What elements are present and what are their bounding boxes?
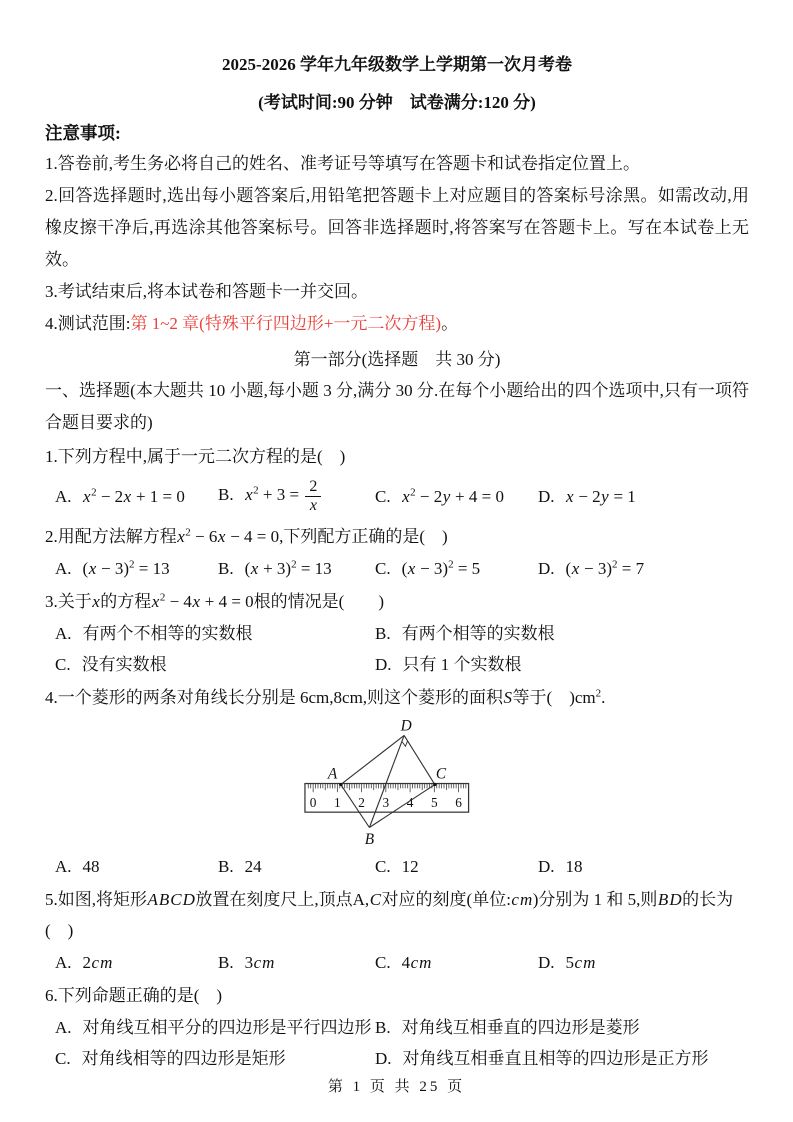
q3-options: A.有两个不相等的实数根 B.有两个相等的实数根 C.没有实数根 D.只有 1 … (45, 618, 749, 680)
option-value: 3cm (245, 953, 275, 972)
notice-item-2: 2.回答选择题时,选出每小题答案后,用铅笔把答题卡上对应题目的答案标号涂黑。如需… (45, 180, 749, 276)
q4-option-c: C.12 (375, 851, 538, 882)
q4-option-a: A.48 (55, 851, 218, 882)
q3-option-d: D.只有 1 个实数根 (375, 649, 749, 680)
ruler-numbers: 0 1 2 3 4 5 6 (310, 795, 462, 810)
option-label: A. (55, 487, 72, 506)
option-label: B. (375, 1018, 391, 1037)
point-label-a: A (327, 765, 338, 782)
section1-intro: 一、选择题(本大题共 10 小题,每小题 3 分,满分 30 分.在每个小题给出… (45, 375, 749, 439)
q1-option-c: C.x2 − 2y + 4 = 0 (375, 481, 538, 512)
right-angle-mark (402, 741, 408, 747)
notices-section: 注意事项: 1.答卷前,考生务必将自己的姓名、准考证号等填写在答题卡和试卷指定位… (45, 118, 749, 340)
q4-figure: 0 1 2 3 4 5 6 (45, 715, 749, 850)
test-scope-highlight: 第 1~2 章(特殊平行四边形+一元二次方程) (130, 314, 441, 333)
option-value: 48 (83, 857, 100, 876)
ruler-number: 0 (310, 795, 317, 810)
q5-options: A.2cm B.3cm C.4cm D.5cm (45, 947, 749, 978)
q6-options: A.对角线互相平分的四边形是平行四边形 B.对角线互相垂直的四边形是菱形 C.对… (45, 1012, 749, 1074)
q5-option-b: B.3cm (218, 947, 375, 978)
q3-option-c: C.没有实数根 (55, 649, 375, 680)
side-BC (369, 785, 434, 828)
rhombus-ruler-figure: 0 1 2 3 4 5 6 (279, 715, 515, 850)
q6-option-c: C.对角线相等的四边形是矩形 (55, 1043, 375, 1074)
question-4: 4.一个菱形的两条对角线长分别是 6cm,8cm,则这个菱形的面积S等于( )c… (45, 682, 749, 882)
notice-item-4: 4.测试范围:第 1~2 章(特殊平行四边形+一元二次方程)。 (45, 308, 749, 340)
option-label: A. (55, 1018, 72, 1037)
q1-option-d: D.x − 2y = 1 (538, 481, 749, 512)
q5-option-a: A.2cm (55, 947, 218, 978)
question-1: 1.下列方程中,属于一元二次方程的是( ) A.x2 − 2x + 1 = 0 … (45, 441, 749, 519)
q1-options: A.x2 − 2x + 1 = 0 B.x2 + 3 = 2x C.x2 − 2… (45, 473, 749, 519)
q2-option-c: C.(x − 3)2 = 5 (375, 553, 538, 584)
option-label: B. (218, 857, 234, 876)
question-5: 5.如图,将矩形ABCD放置在刻度尺上,顶点A,C对应的刻度(单位:cm)分别为… (45, 884, 749, 978)
q2-stem: 2.用配方法解方程x2 − 6x − 4 = 0,下列配方正确的是( ) (45, 521, 749, 552)
q1-option-a: A.x2 − 2x + 1 = 0 (55, 481, 218, 512)
q6-option-b: B.对角线互相垂直的四边形是菱形 (375, 1012, 749, 1043)
option-label: B. (375, 624, 391, 643)
option-label: B. (218, 953, 234, 972)
question-2: 2.用配方法解方程x2 − 6x − 4 = 0,下列配方正确的是( ) A.(… (45, 521, 749, 584)
option-label: C. (55, 1049, 71, 1068)
point-label-c: C (436, 765, 447, 782)
option-value: 24 (245, 857, 262, 876)
test-scope-period: 。 (441, 314, 458, 333)
option-value: 对角线互相垂直的四边形是菱形 (402, 1018, 640, 1037)
option-value: x2 − 2y + 4 = 0 (402, 487, 504, 506)
side-DC (404, 735, 435, 784)
q1-option-b: B.x2 + 3 = 2x (218, 478, 375, 514)
option-value: 对角线相等的四边形是矩形 (82, 1049, 286, 1068)
side-AB (341, 785, 370, 828)
option-label: C. (375, 953, 391, 972)
q5-stem: 5.如图,将矩形ABCD放置在刻度尺上,顶点A,C对应的刻度(单位:cm)分别为… (45, 884, 749, 946)
option-value: 2cm (83, 953, 113, 972)
option-label: A. (55, 624, 72, 643)
option-label: A. (55, 559, 72, 578)
vertex-dot-C (433, 783, 436, 786)
option-value: (x − 3)2 = 13 (83, 559, 170, 578)
option-label: B. (218, 485, 234, 504)
section1-heading: 第一部分(选择题 共 30 分) (45, 345, 749, 375)
option-label: B. (218, 559, 234, 578)
vertex-dot-A (339, 783, 342, 786)
q2-option-a: A.(x − 3)2 = 13 (55, 553, 218, 584)
q4-option-b: B.24 (218, 851, 375, 882)
option-value: x − 2y = 1 (566, 487, 636, 506)
q3-stem: 3.关于x的方程x2 − 4x + 4 = 0根的情况是( ) (45, 586, 749, 617)
option-label: D. (538, 857, 555, 876)
option-value: 18 (566, 857, 583, 876)
q5-option-d: D.5cm (538, 947, 749, 978)
q4-options: A.48 B.24 C.12 D.18 (45, 851, 749, 882)
option-label: D. (538, 953, 555, 972)
q2-option-d: D.(x − 3)2 = 7 (538, 553, 749, 584)
q2-options: A.(x − 3)2 = 13 B.(x + 3)2 = 13 C.(x − 3… (45, 553, 749, 584)
ruler-number: 6 (455, 795, 462, 810)
option-value: (x − 3)2 = 5 (402, 559, 481, 578)
option-value: 没有实数根 (82, 655, 167, 674)
notices-heading: 注意事项: (45, 118, 749, 148)
option-value: 对角线互相垂直且相等的四边形是正方形 (403, 1049, 709, 1068)
question-6: 6.下列命题正确的是( ) A.对角线互相平分的四边形是平行四边形 B.对角线互… (45, 980, 749, 1074)
point-label-b: B (365, 831, 375, 848)
option-label: D. (538, 559, 555, 578)
notice-item-3: 3.考试结束后,将本试卷和答题卡一并交回。 (45, 276, 749, 308)
q3-option-b: B.有两个相等的实数根 (375, 618, 749, 649)
option-label: C. (375, 559, 391, 578)
page-number: 第 1 页 共 25 页 (0, 1075, 793, 1096)
ruler-number: 1 (334, 795, 341, 810)
q4-option-d: D.18 (538, 851, 749, 882)
q4-stem: 4.一个菱形的两条对角线长分别是 6cm,8cm,则这个菱形的面积S等于( )c… (45, 682, 749, 713)
option-label: C. (375, 857, 391, 876)
ruler-number: 3 (383, 795, 390, 810)
option-value: 有两个相等的实数根 (402, 624, 555, 643)
q6-stem: 6.下列命题正确的是( ) (45, 980, 749, 1011)
option-value: 只有 1 个实数根 (403, 655, 522, 674)
point-label-d: D (400, 717, 412, 734)
option-label: A. (55, 857, 72, 876)
notice-item-1: 1.答卷前,考生务必将自己的姓名、准考证号等填写在答题卡和试卷指定位置上。 (45, 148, 749, 180)
option-label: D. (375, 655, 392, 674)
page-title: 2025-2026 学年九年级数学上学期第一次月考卷 (45, 52, 749, 78)
option-value: (x − 3)2 = 7 (566, 559, 645, 578)
option-label: C. (55, 655, 71, 674)
option-label: A. (55, 953, 72, 972)
q3-option-a: A.有两个不相等的实数根 (55, 618, 375, 649)
option-value: x2 − 2x + 1 = 0 (83, 487, 185, 506)
option-value: 对角线互相平分的四边形是平行四边形 (83, 1018, 372, 1037)
q1-stem: 1.下列方程中,属于一元二次方程的是( ) (45, 441, 749, 472)
option-value: 4cm (402, 953, 432, 972)
option-label: D. (538, 487, 555, 506)
q2-option-b: B.(x + 3)2 = 13 (218, 553, 375, 584)
question-3: 3.关于x的方程x2 − 4x + 4 = 0根的情况是( ) A.有两个不相等… (45, 586, 749, 680)
q6-option-a: A.对角线互相平分的四边形是平行四边形 (55, 1012, 375, 1043)
option-value: 5cm (566, 953, 596, 972)
page-subtitle: (考试时间:90 分钟 试卷满分:120 分) (45, 90, 749, 116)
option-value: (x + 3)2 = 13 (245, 559, 332, 578)
rhombus-shape (339, 735, 436, 827)
q6-option-d: D.对角线互相垂直且相等的四边形是正方形 (375, 1043, 749, 1074)
option-value: x2 + 3 = 2x (245, 485, 322, 504)
ruler-number: 5 (431, 795, 438, 810)
option-value: 有两个不相等的实数根 (83, 624, 253, 643)
option-label: C. (375, 487, 391, 506)
test-scope-label: 4.测试范围: (45, 314, 130, 333)
option-label: D. (375, 1049, 392, 1068)
option-value: 12 (402, 857, 419, 876)
q5-option-c: C.4cm (375, 947, 538, 978)
ruler-number: 2 (358, 795, 365, 810)
exam-page: 2025-2026 学年九年级数学上学期第一次月考卷 (考试时间:90 分钟 试… (0, 0, 793, 1122)
ruler-ticks (308, 784, 466, 792)
